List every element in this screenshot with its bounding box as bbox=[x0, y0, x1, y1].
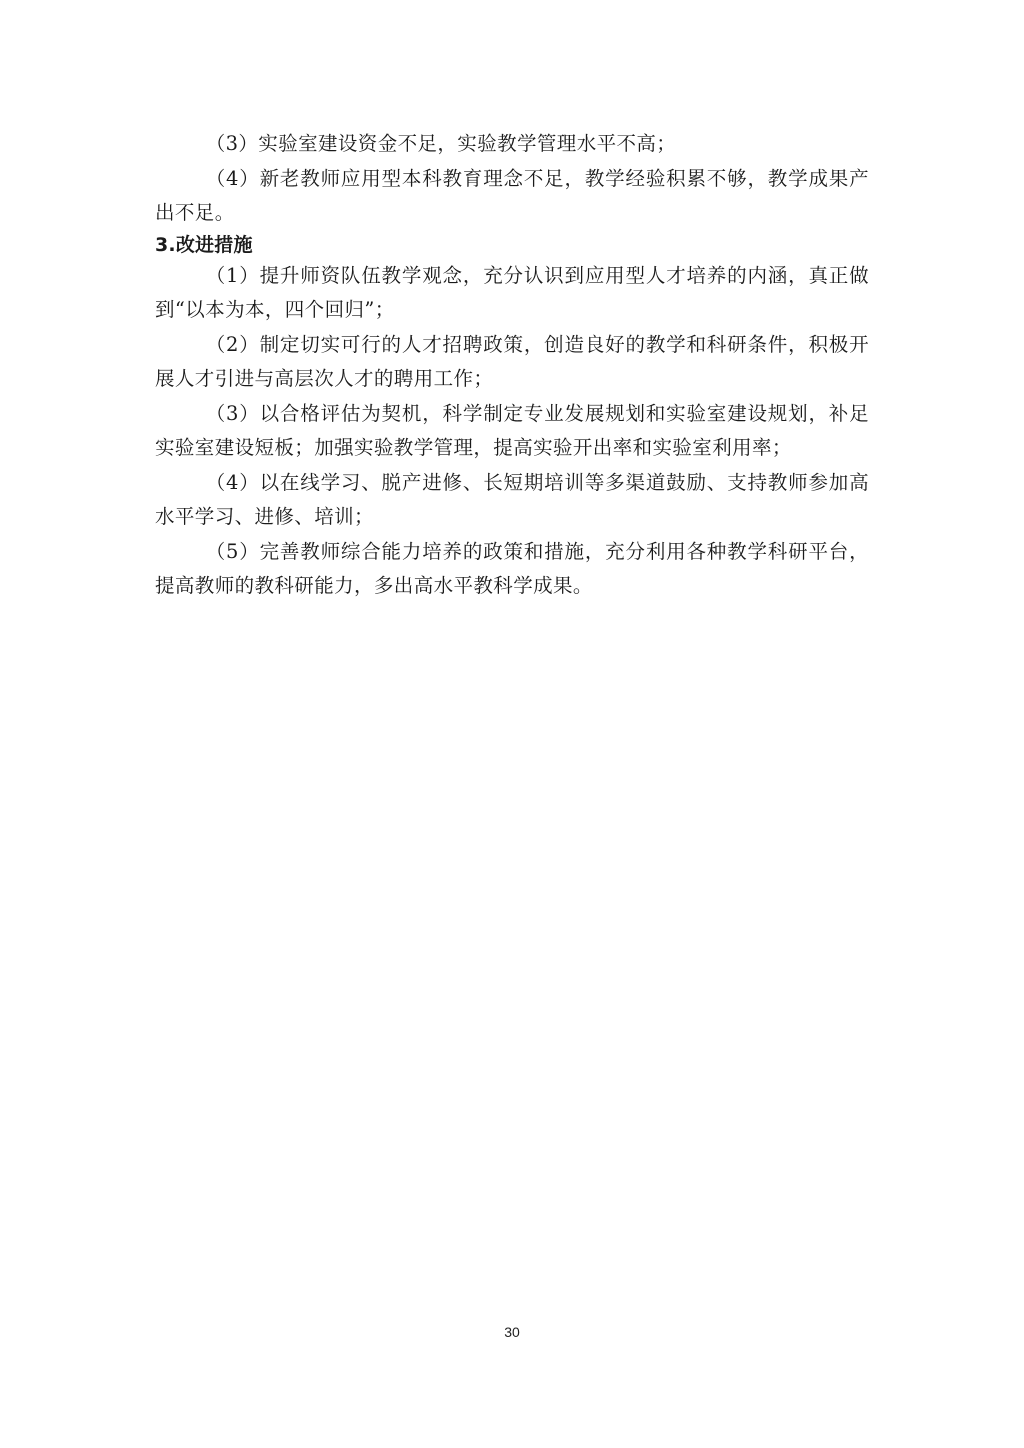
paragraph-measure-4: （4）以在线学习、脱产进修、长短期培训等多渠道鼓励、支持教师参加高水平学习、进修… bbox=[155, 466, 869, 535]
paragraph-measure-5: （5）完善教师综合能力培养的政策和措施，充分利用各种教学科研平台，提高教师的教科… bbox=[155, 535, 869, 604]
section-heading-improvement-measures: 3.改进措施 bbox=[155, 231, 869, 259]
paragraph-problem-4: （4）新老教师应用型本科教育理念不足，教学经验积累不够，教学成果产出不足。 bbox=[155, 162, 869, 231]
page-number: 30 bbox=[0, 1324, 1024, 1340]
document-page-body: （3）实验室建设资金不足，实验教学管理水平不高； （4）新老教师应用型本科教育理… bbox=[155, 127, 869, 604]
paragraph-problem-3: （3）实验室建设资金不足，实验教学管理水平不高； bbox=[155, 127, 869, 162]
paragraph-measure-3: （3）以合格评估为契机，科学制定专业发展规划和实验室建设规划，补足实验室建设短板… bbox=[155, 397, 869, 466]
paragraph-measure-1: （1）提升师资队伍教学观念，充分认识到应用型人才培养的内涵，真正做到“以本为本，… bbox=[155, 259, 869, 328]
paragraph-measure-2: （2）制定切实可行的人才招聘政策，创造良好的教学和科研条件，积极开展人才引进与高… bbox=[155, 328, 869, 397]
